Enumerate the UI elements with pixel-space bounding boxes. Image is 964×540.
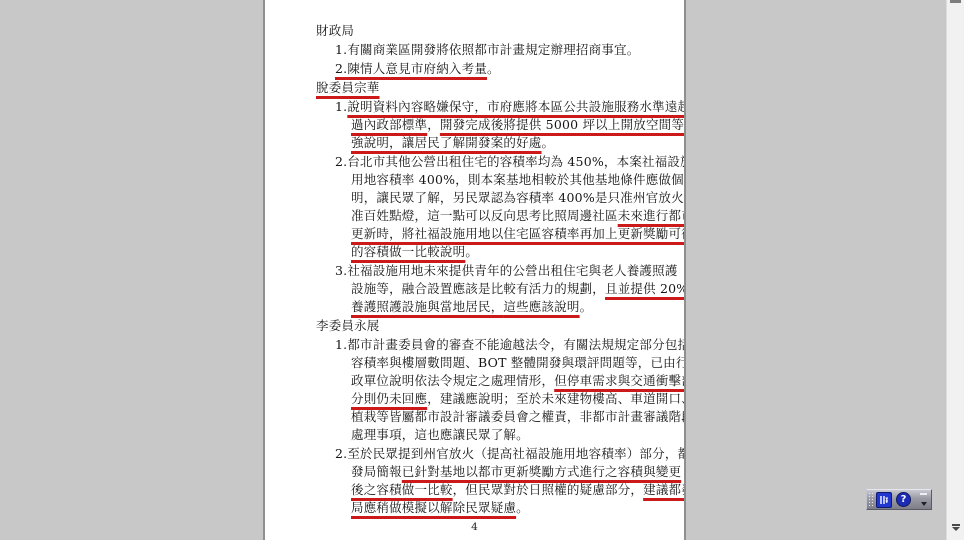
text-segment: 2.至於民眾提到州官放火（提高社福設施用地容積率）部分，都 — [335, 446, 686, 461]
text-segment: 2.台北市其他公營出租住宅的容積率均為 450%，本案社福設施 — [335, 154, 686, 169]
text-segment: 明，讓民眾了解，另民眾認為容積率 400%是只准州官放火不 — [351, 190, 686, 205]
document-line: 1.都市計畫委員會的審查不能逾越法令，有關法規規定部分包括 — [265, 336, 672, 354]
underlined-text: 且並提供 20% — [605, 281, 686, 296]
text-segment: 1.都市計畫委員會的審查不能逾越法令，有關法規規定部分包括 — [335, 337, 686, 352]
document-line: 2.陳情人意見市府納入考量。 — [265, 60, 672, 78]
list-item: 2.陳情人意見市府納入考量。 — [265, 60, 672, 78]
document-line: 財政局 — [265, 22, 672, 40]
list-item: 2.台北市其他公營出租住宅的容積率均為 450%，本案社福設施用地容積率 400… — [265, 153, 672, 261]
document-line: 局應稍做模擬以解除民眾疑慮。 — [265, 499, 672, 517]
list-item: 1.有關商業區開發將依照都市計畫規定辦理招商事宜。 — [265, 41, 672, 59]
document-line: 發局簡報已針對基地以都市更新獎勵方式進行之容積與變更 — [265, 463, 672, 481]
list-item: 1.說明資料內容略嫌保守，市府應將本區公共設施服務水準遠超過內政部標準，開發完成… — [265, 98, 672, 152]
text-segment: 李委員永展 — [316, 318, 380, 333]
document-content: 財政局1.有關商業區開發將依照都市計畫規定辦理招商事宜。2.陳情人意見市府納入考… — [265, 0, 684, 517]
section-header: 脫委員宗華 — [265, 79, 672, 97]
underlined-text: 建議都發 — [643, 482, 686, 497]
options-chevron-icon[interactable] — [921, 502, 927, 506]
text-segment: 1.有關商業區開發將依照都市計畫規定辦理招商事宜。 — [335, 42, 639, 57]
underlined-text: 開發完成後將提供 5000 坪以上開放空間等加 — [440, 117, 686, 132]
document-line: 分則仍未回應，建議應說明；至於未來建物樓高、車道開口、 — [265, 390, 672, 408]
help-icon: ? — [901, 494, 907, 505]
underlined-text: 脫委員宗華 — [316, 80, 380, 95]
underlined-text: 過內政部標準 — [351, 117, 427, 132]
document-line: 3.社福設施用地未來提供青年的公營出租住宅與老人養護照護 — [265, 262, 672, 280]
text-segment: 用地容積率 400%，則本案基地相較於其他基地條件應做個說 — [351, 172, 686, 187]
down-arrow-icon — [952, 527, 960, 531]
ime-input-button[interactable] — [876, 492, 892, 508]
underlined-text: 2.陳情人意見市府納入考量 — [335, 61, 487, 76]
scroll-down-button[interactable] — [949, 521, 962, 534]
document-line: 植栽等皆屬都市設計審議委員會之權責，非都市計畫審議階段 — [265, 408, 672, 426]
underlined-text: 未來進行都市 — [618, 208, 686, 223]
language-bar[interactable]: ? — [866, 489, 932, 510]
text-segment: 。 — [580, 299, 593, 314]
document-line: 准百姓點燈，這一點可以反向思考比照周邊社區未來進行都市 — [265, 207, 672, 225]
text-segment: 。 — [465, 244, 478, 259]
text-segment: 容積率與樓層數問題、BOT 整體開發與環評問題等，已由行 — [351, 355, 686, 370]
text-segment: 。 — [487, 61, 500, 76]
underlined-text: 的容積做一比較說明 — [351, 244, 465, 259]
document-line: 設施等，融合設置應該是比較有活力的規劃，且並提供 20% — [265, 280, 672, 298]
document-line: 用地容積率 400%，則本案基地相較於其他基地條件應做個說 — [265, 171, 672, 189]
underlined-text: 分則仍未回應 — [351, 391, 427, 406]
document-line: 明，讓民眾了解，另民眾認為容積率 400%是只准州官放火不 — [265, 189, 672, 207]
page-number: 4 — [265, 521, 684, 533]
text-segment: 。 — [516, 500, 529, 515]
underlined-text: 已針對基地以都市更新獎勵方式進行之容積與變更 — [402, 464, 681, 479]
document-line: 2.台北市其他公營出租住宅的容積率均為 450%，本案社福設施 — [265, 153, 672, 171]
minimize-icon[interactable] — [920, 493, 927, 495]
text-segment: 政單位說明依法令規定之處理情形， — [351, 373, 554, 388]
document-line: 養護照護設施與當地居民，這些應該說明。 — [265, 298, 672, 316]
document-line: 後之容積做一比較，但民眾對於日照權的疑慮部分，建議都發 — [265, 481, 672, 499]
scrollbar-thumb[interactable] — [950, 0, 961, 3]
text-segment: 。 — [542, 135, 555, 150]
document-line: 容積率與樓層數問題、BOT 整體開發與環評問題等，已由行 — [265, 354, 672, 372]
underlined-text: 但停車需求與交通衝擊部 — [554, 373, 686, 388]
underlined-text: 後之容積做一比較 — [351, 482, 453, 497]
text-segment: 發局簡報 — [351, 464, 402, 479]
section-header: 財政局 — [265, 22, 672, 40]
document-line: 的容積做一比較說明。 — [265, 243, 672, 261]
document-line: 強說明，讓居民了解開發案的好處。 — [265, 134, 672, 152]
drag-handle-icon[interactable] — [868, 492, 874, 507]
underlined-text: 局應稍做模擬以解除民眾疑慮 — [351, 500, 516, 515]
language-bar-controls[interactable] — [917, 490, 930, 509]
text-segment: ，建議應說明；至於未來建物樓高、車道開口、 — [427, 391, 686, 406]
text-segment: 准百姓點燈，這一點可以反向思考比照周邊社區 — [351, 208, 618, 223]
list-item: 1.都市計畫委員會的審查不能逾越法令，有關法規規定部分包括容積率與樓層數問題、B… — [265, 336, 672, 444]
document-line: 李委員永展 — [265, 317, 672, 335]
document-line: 過內政部標準，開發完成後將提供 5000 坪以上開放空間等加 — [265, 116, 672, 134]
text-segment: 處理事項，這也應讓民眾了解。 — [351, 427, 529, 442]
document-line: 更新時，將社福設施用地以住宅區容積率再加上更新獎勵可得 — [265, 225, 672, 243]
document-line: 處理事項，這也應讓民眾了解。 — [265, 426, 672, 444]
list-item: 2.至於民眾提到州官放火（提高社福設施用地容積率）部分，都發局簡報已針對基地以都… — [265, 445, 672, 517]
document-line: 脫委員宗華 — [265, 79, 672, 97]
document-page: 財政局1.有關商業區開發將依照都市計畫規定辦理招商事宜。2.陳情人意見市府納入考… — [263, 0, 686, 540]
ime-input-icon — [879, 495, 889, 505]
text-segment: 3.社福設施用地未來提供青年的公營出租住宅與老人養護照護 — [335, 263, 678, 278]
document-line: 1.有關商業區開發將依照都市計畫規定辦理招商事宜。 — [265, 41, 672, 59]
section-header: 李委員永展 — [265, 317, 672, 335]
scroll-down-icon — [952, 524, 960, 526]
text-segment: 植栽等皆屬都市設計審議委員會之權責，非都市計畫審議階段 — [351, 409, 686, 424]
underlined-text: 說明資料內容略嫌保守，市府應將本區公共設施服務水準遠超 — [347, 99, 686, 114]
text-segment: 設施等，融合設置應該是比較有活力的規劃， — [351, 281, 605, 296]
document-line: 2.至於民眾提到州官放火（提高社福設施用地容積率）部分，都 — [265, 445, 672, 463]
underlined-text: 養護照護設施與當地居民， — [351, 299, 503, 314]
underlined-text: 強說明，讓居民了解開發案的好處 — [351, 135, 542, 150]
underlined-text: 這些應該說明 — [503, 299, 579, 314]
document-line: 政單位說明依法令規定之處理情形，但停車需求與交通衝擊部 — [265, 372, 672, 390]
list-item: 3.社福設施用地未來提供青年的公營出租住宅與老人養護照護設施等，融合設置應該是比… — [265, 262, 672, 316]
text-segment: ，但民眾對於日照權的疑慮部分， — [453, 482, 644, 497]
help-button[interactable]: ? — [896, 492, 911, 507]
text-segment: 財政局 — [316, 23, 354, 38]
text-segment: ， — [427, 117, 440, 132]
document-line: 1.說明資料內容略嫌保守，市府應將本區公共設施服務水準遠超 — [265, 98, 672, 116]
underlined-text: 更新時，將社福設施用地以住宅區容積率再加上更新獎勵可得 — [351, 226, 686, 241]
vertical-scrollbar[interactable] — [946, 0, 964, 540]
text-segment: 1. — [335, 99, 347, 114]
